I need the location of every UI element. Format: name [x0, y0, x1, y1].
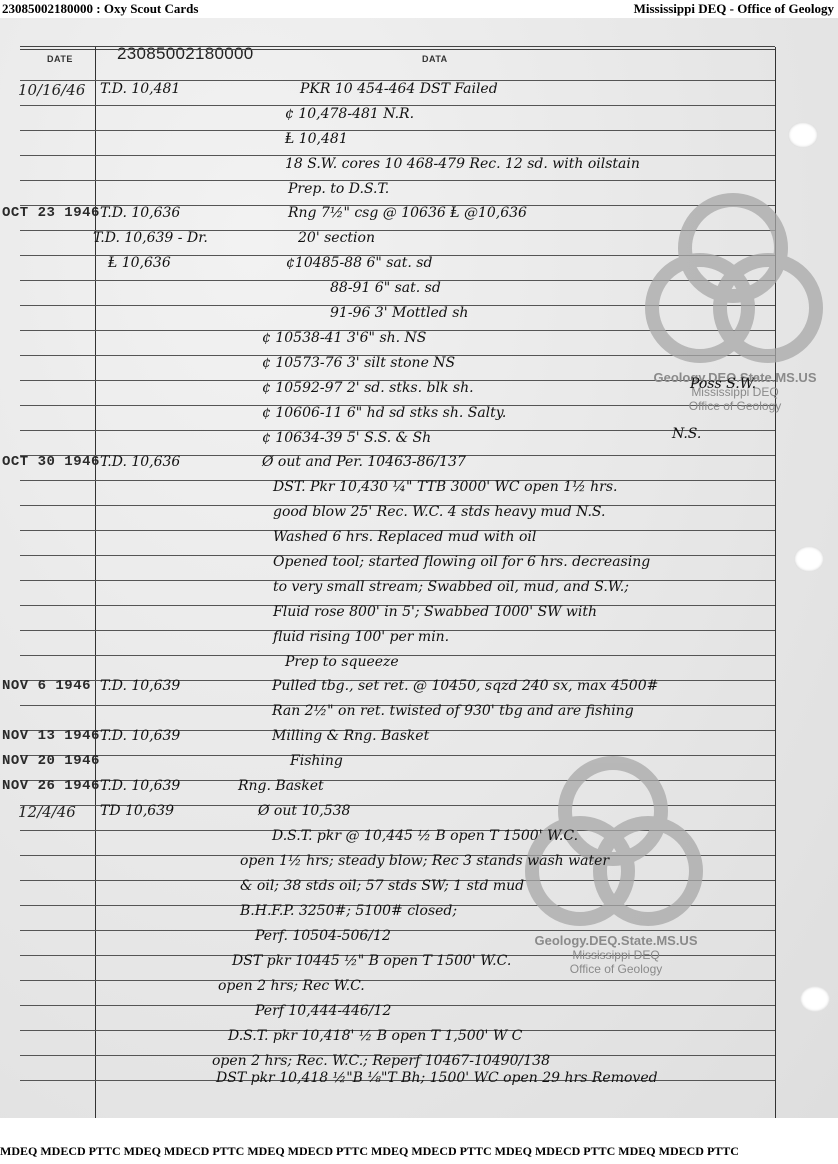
mdeq-logo-watermark-icon: [628, 180, 838, 390]
entry-data: Opened tool; started flowing oil for 6 h…: [273, 554, 650, 570]
total-depth: T.D. 10,639: [100, 678, 180, 694]
column-header-data: DATA: [422, 54, 448, 64]
entry-data: Ran 2½" on ret. twisted of 930' tbg and …: [272, 703, 634, 719]
column-header-date: DATE: [47, 54, 73, 64]
agency-title: Mississippi DEQ - Office of Geology: [634, 1, 834, 17]
entry-data: ¢ 10606-11 6" hd sd stks sh. Salty.: [262, 405, 506, 421]
ruled-line: [20, 980, 775, 981]
entry-data: ¢ 10538-41 3'6" sh. NS: [262, 330, 426, 346]
ruled-line: [20, 130, 775, 131]
entry-data: 20' section: [298, 230, 375, 246]
page-header: 23085002180000 : Oxy Scout Cards Mississ…: [0, 0, 838, 18]
entry-data: Ⱡ 10,481: [285, 131, 348, 147]
entry-data: DST. Pkr 10,430 ¼" TTB 3000' WC open 1½ …: [273, 479, 618, 495]
entry-data: ¢ 10573-76 3' silt stone NS: [262, 355, 455, 371]
entry-data: Prep. to D.S.T.: [288, 181, 389, 197]
entry-data: open 2 hrs; Rec W.C.: [218, 978, 365, 994]
entry-data: Perf. 10504-506/12: [255, 928, 391, 944]
entry-data: good blow 25' Rec. W.C. 4 stds heavy mud…: [273, 504, 605, 520]
entry-data: 91-96 3' Mottled sh: [330, 305, 468, 321]
total-depth: TD 10,639: [100, 803, 174, 819]
entry-data: Prep to squeeze: [285, 654, 399, 670]
entry-data: Ø out and Per. 10463-86/137: [262, 454, 466, 470]
entry-data: DST pkr 10,418 ½"B ⅛"T Bh; 1500' WC open…: [216, 1070, 658, 1086]
entry-data: ¢ 10,478-481 N.R.: [285, 106, 414, 122]
entry-date: NOV 26 1946: [2, 778, 100, 794]
total-depth: T.D. 10,639: [100, 778, 180, 794]
entry-data: & oil; 38 stds oil; 57 stds SW; 1 std mu…: [240, 878, 524, 894]
entry-data: DST pkr 10445 ½" B open T 1500' W.C.: [232, 953, 511, 969]
footer-banner: MDEQ MDECD PTTC MDEQ MDECD PTTC MDEQ MDE…: [0, 1144, 838, 1164]
entry-data: Ø out 10,538: [258, 803, 350, 819]
document-title: 23085002180000 : Oxy Scout Cards: [2, 1, 198, 17]
scout-card: 23085002180000 DATE DATA Geology.DEQ.Sta…: [0, 18, 838, 1118]
entry-data: Fishing: [290, 753, 343, 769]
side-note: N.S.: [672, 426, 701, 442]
entry-data: Washed 6 hrs. Replaced mud with oil: [273, 529, 536, 545]
total-depth: Ⱡ 10,636: [108, 255, 171, 271]
entry-date: 12/4/46: [18, 803, 76, 821]
entry-data: open 2 hrs; Rec. W.C.; Reperf 10467-1049…: [212, 1053, 550, 1069]
binder-hole: [794, 546, 824, 572]
entry-data: Pulled tbg., set ret. @ 10450, sqzd 240 …: [272, 678, 658, 694]
entry-data: ¢ 10634-39 5' S.S. & Sh: [262, 430, 431, 446]
ruled-line: [20, 1005, 775, 1006]
mdeq-logo-watermark-icon: [508, 743, 718, 953]
header-rule: [20, 46, 775, 47]
entry-data: 88-91 6" sat. sd: [330, 280, 441, 296]
entry-data: D.S.T. pkr @ 10,445 ½ B open T 1500' W.C…: [272, 828, 578, 844]
binder-hole: [788, 122, 818, 148]
entry-data: D.S.T. pkr 10,418' ½ B open T 1,500' W C: [228, 1028, 522, 1044]
total-depth: T.D. 10,639: [100, 728, 180, 744]
entry-data: PKR 10 454-464 DST Failed: [300, 81, 498, 97]
entry-data: Perf 10,444-446/12: [255, 1003, 391, 1019]
entry-date: 10/16/46: [18, 81, 85, 99]
total-depth: T.D. 10,636: [100, 205, 180, 221]
entry-data: fluid rising 100' per min.: [273, 629, 449, 645]
entry-date: OCT 30 1946: [2, 454, 100, 470]
watermark-text: Geology.DEQ.State.MS.US Mississippi DEQ …: [516, 933, 716, 976]
entry-data: ¢ 10592-97 2' sd. stks. blk sh.: [262, 380, 474, 396]
entry-data: B.H.F.P. 3250#; 5100# closed;: [240, 903, 457, 919]
entry-data: Milling & Rng. Basket: [272, 728, 429, 744]
entry-data: to very small stream; Swabbed oil, mud, …: [273, 579, 629, 595]
entry-date: NOV 13 1946: [2, 728, 100, 744]
total-depth: T.D. 10,639 - Dr.: [93, 230, 208, 246]
binder-hole: [800, 986, 830, 1012]
entry-data: Rng. Basket: [238, 778, 324, 794]
side-note: Poss S.W.: [690, 376, 756, 392]
entry-data: 18 S.W. cores 10 468-479 Rec. 12 sd. wit…: [285, 156, 640, 172]
entry-date: NOV 20 1946: [2, 753, 100, 769]
total-depth: T.D. 10,636: [100, 454, 180, 470]
total-depth: T.D. 10,481: [100, 81, 180, 97]
entry-date: OCT 23 1946: [2, 205, 100, 221]
entry-data: ¢10485-88 6" sat. sd: [286, 255, 432, 271]
entry-data: open 1½ hrs; steady blow; Rec 3 stands w…: [240, 853, 609, 869]
header-rule: [20, 49, 775, 50]
entry-data: Rng 7½" csg @ 10636 Ⱡ @10,636: [288, 205, 527, 221]
entry-data: Fluid rose 800' in 5'; Swabbed 1000' SW …: [273, 604, 597, 620]
entry-date: NOV 6 1946: [2, 678, 91, 694]
card-number: 23085002180000: [117, 44, 254, 64]
